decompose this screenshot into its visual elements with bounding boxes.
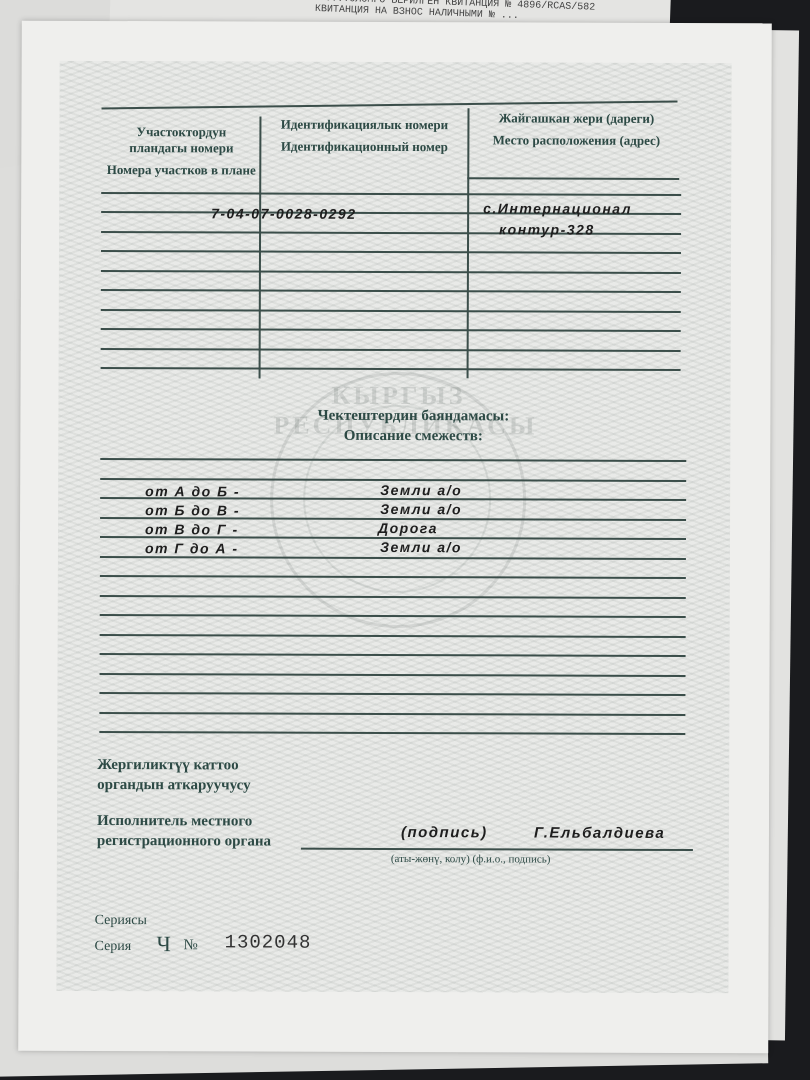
serial-number: 1302048 [225,931,312,953]
executor-label-ky: Жергиликтүү каттоо органдын аткаруучусу [97,755,251,796]
location-value-2: контур-328 [499,221,595,237]
serial-label-ru: Серия [95,939,132,955]
adjacency-segment: от А до Б - [145,483,240,499]
adjacency-title: Чектештердин баяндамасы: Описание смежес… [288,406,538,447]
signature-caption: (аты-жөнү, колу) (ф.и.о., подпись) [391,853,551,866]
adjacency-segment: от Б до В - [145,502,240,518]
location-value-1: с.Интернационал [483,200,632,217]
adjacency-neighbor: Земли а/о [380,482,462,498]
identification-number-value: 7-04-07-0028-0292 [211,205,356,222]
serial-label-ky: Сериясы [95,913,147,929]
header-plan-number: Участоктордун пландагы номери Номера уча… [106,124,256,179]
signature-placeholder: (подпись) [401,824,488,841]
adjacency-segment: от Г до А - [145,540,239,556]
adjacency-neighbor: Земли а/о [380,539,462,555]
adjacency-title-ru: Описание смежеств: [288,426,538,447]
land-certificate-page: КЫРГЫЗ РЕСПУБЛИКАСЫ Участоктордун планда… [18,21,772,1054]
serial-series: Ч [157,931,171,957]
executor-label-ru: Исполнитель местного регистрационного ор… [97,811,271,852]
adjacency-neighbor: Дорога [378,520,438,536]
number-sign: № [184,937,198,954]
adjacency-title-ky: Чектештердин баяндамасы: [288,406,538,427]
executor-name: Г.Ельбалдиева [534,824,665,841]
header-identification-number: Идентификациялык номери Идентификационны… [269,117,459,156]
header-location: Жайгашкан жери (дареги) Место расположен… [486,110,666,149]
adjacency-segment: от В до Г - [145,521,239,537]
adjacency-neighbor: Земли а/о [380,501,462,517]
